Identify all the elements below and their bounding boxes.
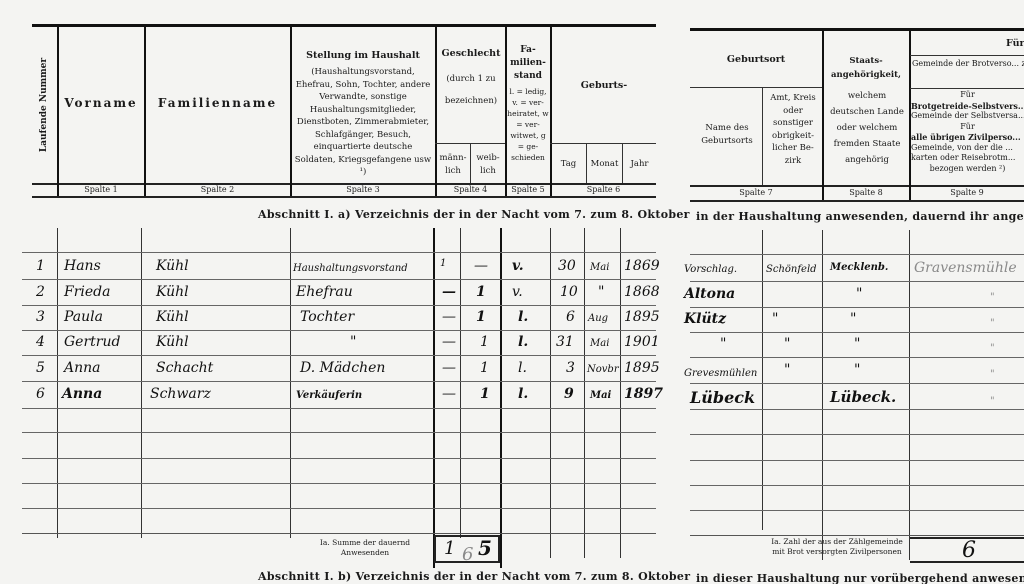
row-w: 1: [480, 334, 489, 350]
row-geburtsort: ": [720, 336, 726, 352]
divider: [550, 26, 552, 196]
row-nr: 5: [36, 360, 45, 376]
row-line: [690, 485, 1024, 486]
header-fuer: Für: [1006, 38, 1024, 49]
header-laufende-nummer: Laufende Nummer: [32, 26, 57, 183]
header-brot-block: Für Brotgetreide-Selbstvers... Gemeinde …: [911, 90, 1024, 174]
row-stellung: Ehefrau: [296, 284, 353, 300]
row-monat: Mai: [590, 262, 609, 273]
row-m: —: [442, 360, 456, 376]
row-vorname: Anna: [62, 386, 102, 402]
header-stellung-desc: (Haushaltungsvorstand, Ehefrau, Sohn, To…: [294, 66, 432, 179]
row-line: [22, 279, 656, 280]
spalte-label: Spalte 4: [436, 185, 505, 194]
row-tag: 10: [560, 284, 578, 300]
row-geburtsort: Vorschlag.: [684, 264, 737, 275]
row-monat: ": [598, 284, 604, 300]
header-tag: Tag: [551, 158, 586, 171]
row-jahr: 1895: [624, 360, 660, 376]
header-vorname: Vorname: [58, 96, 144, 110]
row-stellung: Haushaltungsvorstand: [293, 263, 408, 274]
row-familienname: Kühl: [156, 284, 189, 300]
row-familienname: Kühl: [156, 309, 189, 325]
divider: [57, 228, 58, 538]
spalte-bottom-border: [690, 200, 1024, 202]
row-m: 1: [440, 258, 446, 269]
row-w: —: [474, 258, 488, 274]
divider: [290, 228, 291, 538]
top-border: [32, 24, 656, 27]
section-b-continued: in dieser Haushaltung nur vorübergehend …: [696, 572, 1024, 584]
row-amt: Schönfeld: [766, 264, 817, 275]
divider: [690, 87, 822, 88]
spalte-label: Spalte 9: [910, 188, 1024, 197]
sum-pencil-note: 6: [462, 544, 473, 565]
row-monat: Novbr: [587, 364, 619, 375]
row-line: [22, 355, 656, 356]
spalte-bottom-border: [32, 196, 656, 198]
row-line: [690, 281, 1024, 282]
divider: [910, 55, 1024, 56]
row-w: 1: [476, 309, 486, 325]
header-weiblich: weib-lich: [471, 152, 505, 177]
row-line: [22, 330, 656, 331]
row-line: [22, 458, 656, 459]
spalte-label: Spalte 6: [551, 185, 656, 194]
row-familienname: Schwarz: [150, 386, 211, 402]
row-w: 1: [480, 386, 490, 402]
row-jahr: 1897: [624, 386, 663, 402]
row-m: —: [442, 386, 456, 402]
section-a-heading: Abschnitt I. a) Verzeichnis der in der N…: [258, 208, 690, 221]
row-monat: Aug: [588, 313, 608, 324]
row-vorname: Gertrud: [64, 334, 120, 350]
row-familienname: Kühl: [156, 258, 189, 274]
row-vorname: Frieda: [64, 284, 110, 300]
row-stand: l.: [518, 386, 528, 402]
row-stellung: D. Mädchen: [300, 360, 385, 376]
row-line: [690, 254, 1024, 255]
row-gemeinde: ": [990, 318, 995, 329]
row-geburtsort: Lübeck: [690, 388, 755, 407]
header-staat-title: Staats-angehörigkeit,: [824, 54, 908, 82]
row-nr: 6: [36, 386, 45, 402]
row-line: [690, 332, 1024, 333]
header-bottom-border: [690, 185, 1024, 187]
row-monat: Mai: [590, 390, 611, 401]
header-gemeinde: Gemeinde der Brotverso... zur Zeit der Z…: [912, 58, 1024, 70]
row-line: [690, 357, 1024, 358]
row-gemeinde: ": [990, 396, 995, 407]
divider: [141, 228, 142, 538]
divider: [550, 143, 656, 144]
header-familienstand-desc: l. = ledig, v. = ver-heiratet, w = ver-w…: [507, 86, 549, 163]
divider: [144, 26, 146, 196]
divider: [910, 88, 1024, 89]
row-nr: 4: [36, 334, 45, 350]
row-stand: l.: [518, 334, 528, 350]
row-jahr: 1869: [624, 258, 660, 274]
header-staat-desc: welchem deutschen Lande oder welchem fre…: [826, 88, 908, 168]
row-gemeinde: ": [990, 369, 995, 380]
row-staat: ": [850, 311, 856, 327]
spalte-label: Spalte 2: [145, 185, 290, 194]
row-nr: 3: [36, 309, 45, 325]
spalte-label: Spalte 7: [690, 188, 822, 197]
row-line: [22, 432, 656, 433]
row-geburtsort: Altona: [684, 286, 735, 302]
row-staat: ": [856, 286, 862, 302]
row-staat: Mecklenb.: [830, 262, 888, 273]
header-familienstand-title: Fa-milien-stand: [507, 44, 549, 83]
sum-value-w: 5: [478, 536, 492, 560]
row-line: [22, 533, 656, 534]
spalte-label: Spalte 1: [58, 185, 144, 194]
row-stand: v.: [512, 284, 523, 300]
row-jahr: 1901: [624, 334, 660, 350]
row-staat: Lübeck.: [830, 388, 896, 406]
section-b-heading: Abschnitt I. b) Verzeichnis der in der N…: [258, 570, 690, 583]
row-nr: 1: [36, 258, 45, 274]
row-vorname: Paula: [64, 309, 103, 325]
row-tag: 6: [566, 309, 575, 325]
divider: [762, 88, 763, 185]
row-w: 1: [480, 360, 489, 376]
header-stellung-title: Stellung im Haushalt: [292, 50, 434, 61]
header-geburtsort: Geburtsort: [690, 54, 822, 65]
row-nr: 2: [36, 284, 45, 300]
row-line: [690, 460, 1024, 461]
row-tag: 30: [558, 258, 576, 274]
row-tag: 9: [564, 386, 574, 402]
row-line: [690, 434, 1024, 435]
divider: [435, 143, 505, 144]
header-amt: Amt, Kreis oder sonstiger obrigkeit-lich…: [764, 92, 822, 167]
row-line: [22, 305, 656, 306]
divider: [460, 228, 461, 538]
row-stellung: ": [350, 334, 356, 350]
sum-label-right: Ia. Zahl der aus der Zählgemeinde mit Br…: [764, 537, 910, 556]
row-stand: l.: [518, 360, 527, 376]
row-line: [690, 535, 1024, 536]
row-jahr: 1868: [624, 284, 660, 300]
row-stellung: Tochter: [300, 309, 354, 325]
row-m: —: [442, 284, 456, 300]
header-geschlecht-desc: (durch 1 zu bezeichnen): [442, 68, 500, 112]
spalte-label: Spalte 5: [506, 185, 550, 194]
row-vorname: Hans: [64, 258, 101, 274]
row-amt: ": [784, 362, 790, 378]
row-familienname: Schacht: [156, 360, 213, 376]
row-geburtsort: Klütz: [684, 311, 726, 327]
spalte-label: Spalte 8: [823, 188, 909, 197]
row-staat: ": [854, 336, 860, 352]
row-amt: ": [784, 336, 790, 352]
row-line: [22, 483, 656, 484]
row-staat: ": [854, 362, 860, 378]
row-stand: l.: [518, 309, 528, 325]
header-name-geburtsort: Name des Geburtsorts: [692, 122, 762, 147]
row-line: [690, 510, 1024, 511]
header-familienname: Familienname: [145, 96, 290, 110]
sum-label: Ia. Summe der dauernd Anwesenden: [300, 538, 430, 558]
header-maennlich: männ-lich: [436, 152, 470, 177]
row-stand: v.: [512, 258, 524, 274]
row-geburtsort: Grevesmühlen: [684, 368, 757, 379]
row-jahr: 1895: [624, 309, 660, 325]
row-gemeinde: ": [990, 292, 995, 303]
section-a-continued: in der Haushaltung anwesenden, dauernd i…: [696, 210, 1024, 223]
top-border: [690, 28, 1024, 31]
header-jahr: Jahr: [623, 158, 656, 171]
row-gemeinde: ": [990, 343, 995, 354]
row-gemeinde: Gravensmühle: [914, 260, 1017, 276]
divider: [57, 26, 59, 196]
row-w: 1: [476, 284, 486, 300]
row-line: [690, 409, 1024, 410]
header-monat: Monat: [587, 158, 622, 171]
row-vorname: Anna: [64, 360, 101, 376]
row-stellung: Verkäuferin: [296, 390, 362, 401]
row-m: —: [442, 309, 456, 325]
row-monat: Mai: [590, 338, 609, 349]
sum-value-right: 6: [962, 538, 976, 563]
row-line: [690, 383, 1024, 384]
spalte-label: Spalte 3: [291, 185, 435, 194]
row-amt: ": [772, 311, 778, 327]
row-line: [22, 508, 656, 509]
header-geburts: Geburts-: [552, 80, 656, 91]
row-line: [22, 252, 656, 253]
row-m: —: [442, 334, 456, 350]
row-line: [22, 408, 656, 409]
row-line: [22, 381, 656, 382]
sum-value-m: 1: [444, 538, 455, 559]
row-line: [690, 307, 1024, 308]
row-tag: 3: [566, 360, 575, 376]
row-familienname: Kühl: [156, 334, 189, 350]
header-geschlecht-title: Geschlecht: [437, 48, 505, 59]
row-tag: 31: [556, 334, 574, 350]
